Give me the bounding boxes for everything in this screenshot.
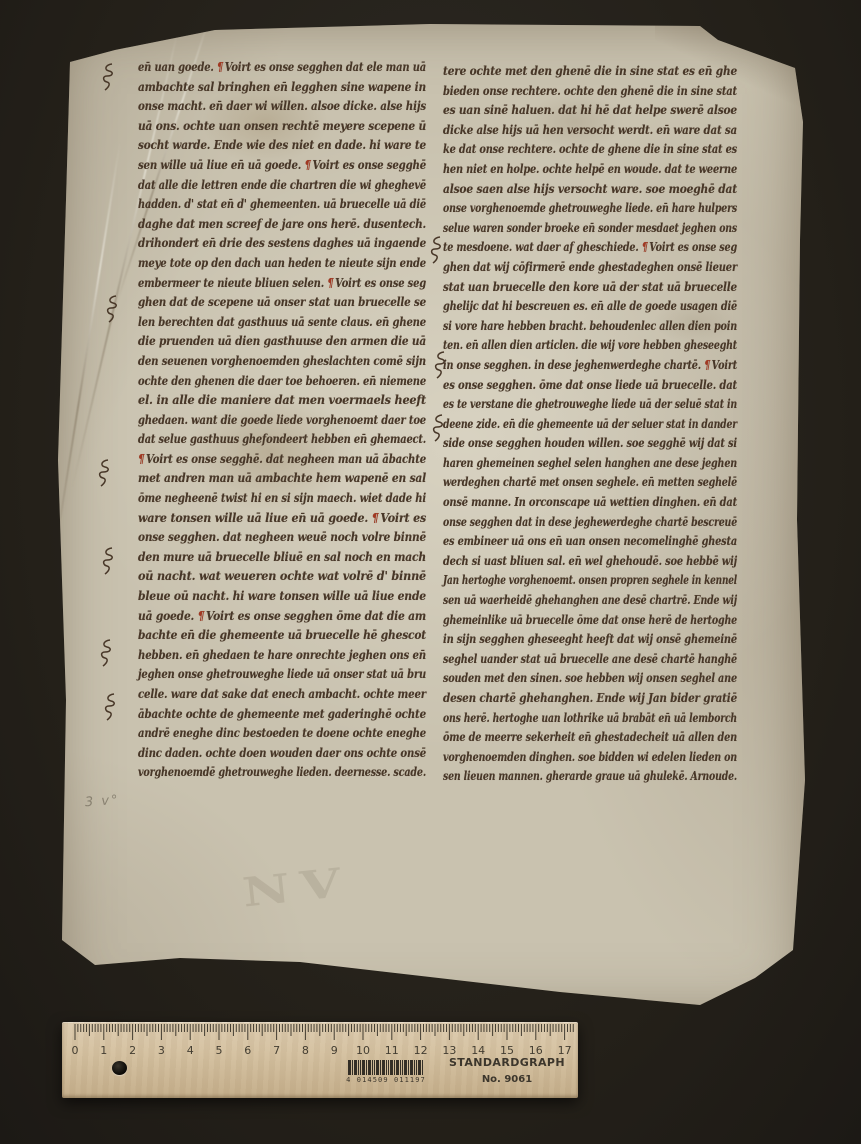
manuscript-line: ghen dat de scepene uā onser stat uan br…: [138, 295, 426, 315]
manuscript-line: si vore hare hebben bracht. behoudenlec …: [443, 319, 737, 339]
manuscript-line: len berechten dat gasthuus uā sente clau…: [138, 315, 426, 335]
manuscript-line: bieden onse rechtere. ochte den ghenē di…: [443, 84, 737, 104]
ruler-cm-label: 10: [356, 1044, 370, 1057]
ruler-cm-label: 4: [187, 1044, 194, 1057]
manuscript-line: onse macht. en̄ daer wi willen. alsoe di…: [138, 99, 426, 119]
manuscript-line: dat alle die lettren ende die chartren d…: [138, 178, 426, 198]
manuscript-line: deene zide. en̄ die ghemeente uā der sel…: [443, 417, 737, 437]
manuscript-line: sen wille uā liue en̄ uā goede. ¶Voirt e…: [138, 158, 426, 178]
manuscript-line: hadden. d' stat en̄ d' ghemeenten. uā br…: [138, 197, 426, 217]
manuscript-line: ware tonsen wille uā liue en̄ uā goede. …: [138, 511, 426, 531]
ink-offset-ghost-mark: NV: [240, 858, 353, 916]
manuscript-line: den mure uā bruecelle bliuē en sal noch …: [138, 550, 426, 570]
manuscript-line: ons herē. hertoghe uan lothrike uā brabā…: [443, 711, 737, 731]
parchment-crease: [52, 142, 121, 567]
ruler-cm-label: 3: [158, 1044, 165, 1057]
ruler: 01234567891011121314151617 4 014509 0111…: [62, 1022, 578, 1098]
manuscript-line: in onse segghen. in dese jeghenwerdeghe …: [443, 358, 737, 378]
manuscript-line: vorghenoemdē ghetrouweghe lieden. deerne…: [138, 765, 426, 785]
manuscript-line: onse vorghenoemde ghetrouweghe liede. en…: [443, 201, 737, 221]
manuscript-line: ābachte ochte de ghemeente met gaderingh…: [138, 707, 426, 727]
parchment-leaf: en̄ uan goede. ¶Voirt es onse segghen da…: [55, 22, 805, 1015]
rubric-paraph-initial: ¶: [217, 60, 225, 74]
manuscript-line: ōme negheenē twist hi en si sijn maech. …: [138, 491, 426, 511]
manuscript-line: embermeer te nieute bliuen selen. ¶Voirt…: [138, 276, 426, 296]
manuscript-line: es uan sinē haluen. dat hi hē dat helpe …: [443, 103, 737, 123]
paraph-icon: [100, 546, 116, 576]
manuscript-line: andrē eneghe dinc bestoeden te doene och…: [138, 726, 426, 746]
paraph-icon: [104, 294, 120, 324]
manuscript-line: die pruenden uā dien gasthuuse den armen…: [138, 334, 426, 354]
rubric-paraph-initial: ¶: [372, 511, 381, 525]
manuscript-line: werdeghen chartē met onsen seghele. en̄ …: [443, 475, 737, 495]
manuscript-left-column: en̄ uan goede. ¶Voirt es onse segghen da…: [138, 60, 426, 785]
manuscript-line: dinc daden. ochte doen wouden daer ons o…: [138, 746, 426, 766]
manuscript-line: onse segghen. dat negheen weuē noch volr…: [138, 530, 426, 550]
ruler-brand-label: STANDARDGRAPH: [440, 1056, 574, 1069]
manuscript-line: meye tote op den dach uan heden te nieut…: [138, 256, 426, 276]
manuscript-line: onse segghen dat in dese jeghewerdeghe c…: [443, 515, 737, 535]
manuscript-line: haren ghemeinen seghel selen hanghen ane…: [443, 456, 737, 476]
rubric-paraph-initial: ¶: [327, 276, 335, 290]
manuscript-line: celle. ware dat sake dat enech ambacht. …: [138, 687, 426, 707]
manuscript-line: hebben. en̄ ghedaen te hare onrechte jeg…: [138, 648, 426, 668]
manuscript-line: daghe dat men screef de jare ons herē. d…: [138, 217, 426, 237]
rubric-paraph-initial: ¶: [138, 452, 146, 466]
manuscript-line: alsoe saen alse hijs versocht ware. soe …: [443, 182, 737, 202]
rubric-paraph-initial: ¶: [704, 358, 712, 372]
ruler-hanging-hole: [112, 1061, 127, 1075]
manuscript-line: in sijn segghen gheseeght heeft dat wij …: [443, 632, 737, 652]
manuscript-line: ¶Voirt es onse segghē. dat negheen man u…: [138, 452, 426, 472]
manuscript-line: el. in alle die maniere dat men voermael…: [138, 393, 426, 413]
manuscript-line: hen niet en holpe. ochte helpē en woude.…: [443, 162, 737, 182]
manuscript-line: Jan hertoghe vorghenoemt. onsen propren …: [443, 573, 737, 593]
ruler-cm-label: 6: [244, 1044, 251, 1057]
manuscript-line: vorghenoemden dinghen. soe bidden wi ede…: [443, 750, 737, 770]
manuscript-line: desen chartē ghehanghen. Ende wij Jan bi…: [443, 691, 737, 711]
ruler-cm-label: 12: [414, 1044, 428, 1057]
manuscript-line: met andren man uā ambachte hem wapenē en…: [138, 471, 426, 491]
manuscript-line: dat selue gasthuus ghefondeert hebben en…: [138, 432, 426, 452]
ruler-cm-label: 5: [216, 1044, 223, 1057]
pencil-folio-mark: 3 v°: [85, 793, 121, 810]
ruler-cm-label: 9: [331, 1044, 338, 1057]
manuscript-line: es te verstane die ghetrouweghe liede uā…: [443, 397, 737, 417]
ruler-cm-label: 1: [100, 1044, 107, 1057]
manuscript-line: ke dat onse rechtere. ochte de ghene die…: [443, 142, 737, 162]
manuscript-line: es onse segghen. ōme dat onse liede uā b…: [443, 378, 737, 398]
manuscript-right-column: tere ochte met den ghenē die in sine sta…: [443, 64, 737, 789]
barcode: [348, 1060, 424, 1075]
rubric-paraph-initial: ¶: [305, 158, 313, 172]
manuscript-line: selue waren sonder broeke en̄ sonder mes…: [443, 221, 737, 241]
ruler-cm-label: 7: [273, 1044, 280, 1057]
ruler-cm-label: 2: [129, 1044, 136, 1057]
manuscript-line: ambachte sal bringhen en̄ legghen sine w…: [138, 80, 426, 100]
paraph-icon: [432, 350, 448, 380]
manuscript-line: sen lieuen mannen. gherarde graue uā ghu…: [443, 769, 737, 789]
manuscript-line: dech si uast bliuen sal. en̄ wel ghehoud…: [443, 554, 737, 574]
manuscript-line: bachte en̄ die ghemeente uā bruecelle hē…: [138, 628, 426, 648]
manuscript-line: onsē manne. In orconscape uā wettien din…: [443, 495, 737, 515]
rubric-paraph-initial: ¶: [198, 609, 206, 623]
manuscript-line: jeghen onse ghetrouweghe liede uā onser …: [138, 667, 426, 687]
manuscript-line: oū nacht. wat weueren ochte wat volrē d'…: [138, 569, 426, 589]
manuscript-line: uā ons. ochte uan onsen rechtē meyere sc…: [138, 119, 426, 139]
manuscript-line: tere ochte met den ghenē die in sine sta…: [443, 64, 737, 84]
ruler-cm-label: 11: [385, 1044, 399, 1057]
manuscript-line: sen uā waerheidē ghehanghen ane desē cha…: [443, 593, 737, 613]
ruler-cm-label: 0: [72, 1044, 79, 1057]
manuscript-line: souden met den sinen. soe hebben wij ons…: [443, 671, 737, 691]
manuscript-line: bleue oū nacht. hi ware tonsen wille uā …: [138, 589, 426, 609]
paraph-icon: [100, 62, 116, 92]
manuscript-line: te mesdoene. wat daer af gheschiede. ¶Vo…: [443, 240, 737, 260]
photograph-stage: en̄ uan goede. ¶Voirt es onse segghen da…: [0, 0, 861, 1144]
ruler-cm-label: 8: [302, 1044, 309, 1057]
manuscript-line: socht warde. Ende wie des niet en dade. …: [138, 138, 426, 158]
manuscript-line: seghel uander stat uā bruecelle ane desē…: [443, 652, 737, 672]
manuscript-line: en̄ uan goede. ¶Voirt es onse segghen da…: [138, 60, 426, 80]
paraph-icon: [96, 458, 112, 488]
manuscript-line: ghemeinlike uā bruecelle ōme dat onse he…: [443, 613, 737, 633]
paraph-icon: [98, 638, 114, 668]
manuscript-line: stat uan bruecelle den kore uā der stat …: [443, 280, 737, 300]
manuscript-line: drihondert en̄ drie des sestens daghes u…: [138, 236, 426, 256]
ruler-scale-ticks: 01234567891011121314151617: [62, 1022, 578, 1058]
ruler-model-label: No. 9061: [440, 1074, 574, 1085]
rubric-paraph-initial: ¶: [642, 240, 650, 254]
manuscript-line: uā goede. ¶Voirt es onse segghen ōme dat…: [138, 609, 426, 629]
barcode-digits: 4 014509 011197: [342, 1076, 430, 1084]
manuscript-line: ghedaen. want die goede liede vorghenoem…: [138, 413, 426, 433]
manuscript-line: ōme de meerre sekerheit en̄ ghestadechei…: [443, 730, 737, 750]
manuscript-line: ghen dat wij cōfirmerē ende ghestadeghen…: [443, 260, 737, 280]
manuscript-line: ten. en̄ allen dien articlen. die wij vo…: [443, 338, 737, 358]
manuscript-line: es embineer uā ons en̄ uan onsen necomel…: [443, 534, 737, 554]
manuscript-line: den seuenen vorghenoemden gheslachten co…: [138, 354, 426, 374]
paraph-icon: [428, 235, 444, 265]
manuscript-line: ochte den ghenen die daer toe behoeren. …: [138, 374, 426, 394]
manuscript-line: ghelijc dat hi bescreuen es. en̄ alle de…: [443, 299, 737, 319]
paraph-icon: [102, 692, 118, 722]
paraph-icon: [430, 413, 446, 443]
manuscript-line: dicke alse hijs uā hen versocht werdt. e…: [443, 123, 737, 143]
manuscript-line: side onse segghen houden willen. soe seg…: [443, 436, 737, 456]
